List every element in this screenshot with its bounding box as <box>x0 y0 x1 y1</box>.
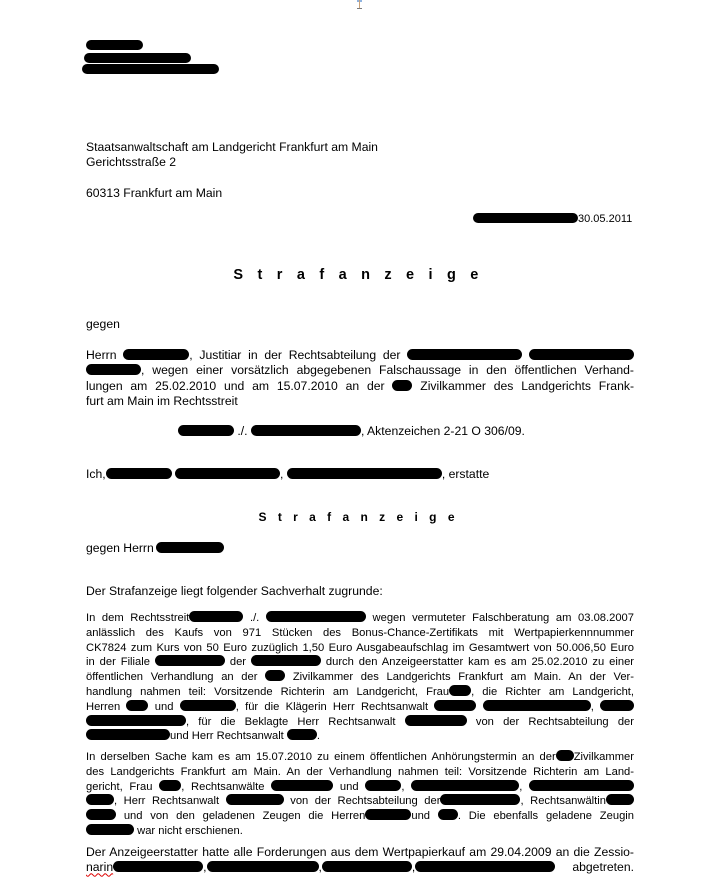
text: gericht, Frau <box>86 781 152 793</box>
redaction <box>392 380 412 391</box>
document-subtitle: S t r a f a n z e i g e <box>0 510 717 524</box>
facts-paragraph-2: In derselben Sache kam es am 15.07.2010 … <box>86 750 634 839</box>
redaction <box>86 809 116 820</box>
redaction <box>473 213 578 223</box>
redaction <box>126 700 148 711</box>
gegen-herrn-line: gegen Herrn <box>86 541 224 555</box>
text: anlässlich des Kaufs von 971 Stücken des… <box>86 627 634 639</box>
redaction <box>529 349 634 360</box>
text: und von den geladenen Zeugen die Herren <box>124 810 366 822</box>
redaction <box>113 861 203 872</box>
facts-paragraph-1: In dem Rechtsstreit ./. wegen vermuteter… <box>86 611 634 744</box>
redaction <box>106 468 172 479</box>
redaction <box>180 700 236 711</box>
text: lungen am 25.02.2010 und am 15.07.2010 a… <box>86 379 385 393</box>
text: , Rechtsanwältin <box>520 795 606 807</box>
recipient-line-1: Staatsanwaltschaft am Landgericht Frankf… <box>86 140 378 154</box>
text: , <box>591 701 594 713</box>
redaction <box>266 611 366 622</box>
redaction <box>483 700 591 711</box>
facts-paragraph-3: Der Anzeigeerstatter hatte alle Forderun… <box>86 845 634 876</box>
text: und <box>411 810 430 822</box>
text: und Herr Rechtsanwalt <box>170 730 284 742</box>
redaction <box>86 824 134 835</box>
text: , Herr Rechtsanwalt <box>114 795 219 807</box>
redaction <box>251 425 361 436</box>
redaction <box>159 780 181 791</box>
text: und <box>340 781 359 793</box>
text: Ich, <box>86 467 106 481</box>
redaction <box>189 611 243 622</box>
date: 30.05.2011 <box>578 213 632 225</box>
redaction <box>600 700 634 711</box>
text: , <box>280 467 283 481</box>
text: war nicht erschienen. <box>137 825 243 837</box>
redaction <box>86 794 114 805</box>
redaction <box>438 809 458 820</box>
text-cursor-icon <box>357 0 362 9</box>
text: abgetreten. <box>572 860 634 874</box>
text: , <box>203 860 206 874</box>
redaction <box>411 780 519 791</box>
text: durch den Anzeigeerstatter kam es am 25.… <box>326 656 634 668</box>
text: Herrn <box>86 348 116 362</box>
text: wegen vermuteter Falschberatung am 03.08… <box>373 612 635 624</box>
text: ./. <box>250 612 259 624</box>
redaction <box>556 750 574 761</box>
text: , die Richter am Landgericht, <box>471 686 634 698</box>
redaction <box>407 349 522 360</box>
text: , wegen einer vorsätzlich abgegebenen Fa… <box>141 363 634 377</box>
redaction <box>365 780 401 791</box>
redaction <box>86 40 143 50</box>
redaction <box>449 685 471 696</box>
text: In dem Rechtsstreit <box>86 612 189 624</box>
recipient-line-3: 60313 Frankfurt am Main <box>86 186 222 200</box>
text: , Rechtsanwälte <box>181 781 264 793</box>
redaction <box>175 468 280 479</box>
text: , <box>401 781 404 793</box>
text: Zivilkammer des Landgerichts Frank- <box>420 379 634 393</box>
text: furt am Main im Rechtsstreit <box>86 394 238 408</box>
text: in der Filiale <box>86 656 150 668</box>
text: ./. <box>237 424 247 438</box>
sachverhalt-intro: Der Strafanzeige liegt folgender Sachver… <box>86 584 383 598</box>
gegen-label: gegen <box>86 317 120 331</box>
redaction <box>434 700 476 711</box>
redaction <box>265 670 285 681</box>
text: , Justitiar in der Rechtsabteilung der <box>189 348 400 362</box>
text: In derselben Sache kam es am 15.07.2010 … <box>86 751 556 763</box>
redaction <box>86 715 186 726</box>
text: Zivilkammer des Landgerichts Frankfurt a… <box>293 671 634 683</box>
redaction <box>86 729 170 740</box>
redaction <box>178 425 234 436</box>
text: , erstatte <box>442 467 489 481</box>
text: von der Rechtsabteilung der <box>290 795 440 807</box>
redaction <box>251 655 321 666</box>
text: . <box>317 730 320 742</box>
redaction <box>82 64 219 74</box>
redaction <box>287 468 442 479</box>
document-title: S t r a f a n z e i g e <box>0 267 717 283</box>
case-reference-line: ./. , Aktenzeichen 2-21 O 306/09. <box>178 424 525 438</box>
text: Der Anzeigeerstatter hatte alle Forderun… <box>86 845 634 859</box>
text: gegen Herrn <box>86 541 154 555</box>
redaction <box>207 861 319 872</box>
complainant-line: Ich, , , erstatte <box>86 467 489 481</box>
redaction <box>287 729 317 740</box>
redaction <box>606 794 634 805</box>
text: CK7824 zum Kurs von 50 Euro zuzüglich 1,… <box>86 642 634 654</box>
text: Herren <box>86 701 120 713</box>
redaction <box>271 780 333 791</box>
redaction <box>529 780 634 791</box>
text: handlung nahmen teil: Vorsitzende Richte… <box>86 686 449 698</box>
date-line: 30.05.2011 <box>473 213 632 225</box>
redaction <box>365 809 411 820</box>
case-number: , Aktenzeichen 2-21 O 306/09. <box>361 424 525 438</box>
text: Zivilkammer <box>574 751 634 763</box>
text: von der Rechtsabteilung der <box>476 716 634 728</box>
text: , für die Klägerin Herr Rechtsanwalt <box>236 701 428 713</box>
text: narin <box>86 860 113 874</box>
recipient-line-2: Gerichtsstraße 2 <box>86 155 176 169</box>
text: und <box>155 701 174 713</box>
text: der <box>230 656 246 668</box>
text: öffentlichen Verhandlung an der <box>86 671 257 683</box>
redaction <box>405 715 467 726</box>
redaction <box>123 349 189 360</box>
redaction <box>322 861 412 872</box>
text: des Landgerichts Frankfurt am Main. An d… <box>86 766 634 778</box>
redaction <box>155 655 225 666</box>
redaction <box>415 861 555 872</box>
accused-paragraph: Herrn , Justitiar in der Rechtsabteilung… <box>86 348 634 409</box>
text: . Die ebenfalls geladene Zeugin <box>458 810 634 822</box>
text: , für die Beklagte Herr Rechtsanwalt <box>186 716 395 728</box>
redaction <box>86 364 141 375</box>
redaction <box>156 542 224 553</box>
text: , <box>519 781 522 793</box>
redaction <box>226 794 284 805</box>
redaction <box>84 53 191 63</box>
redaction <box>440 794 520 805</box>
